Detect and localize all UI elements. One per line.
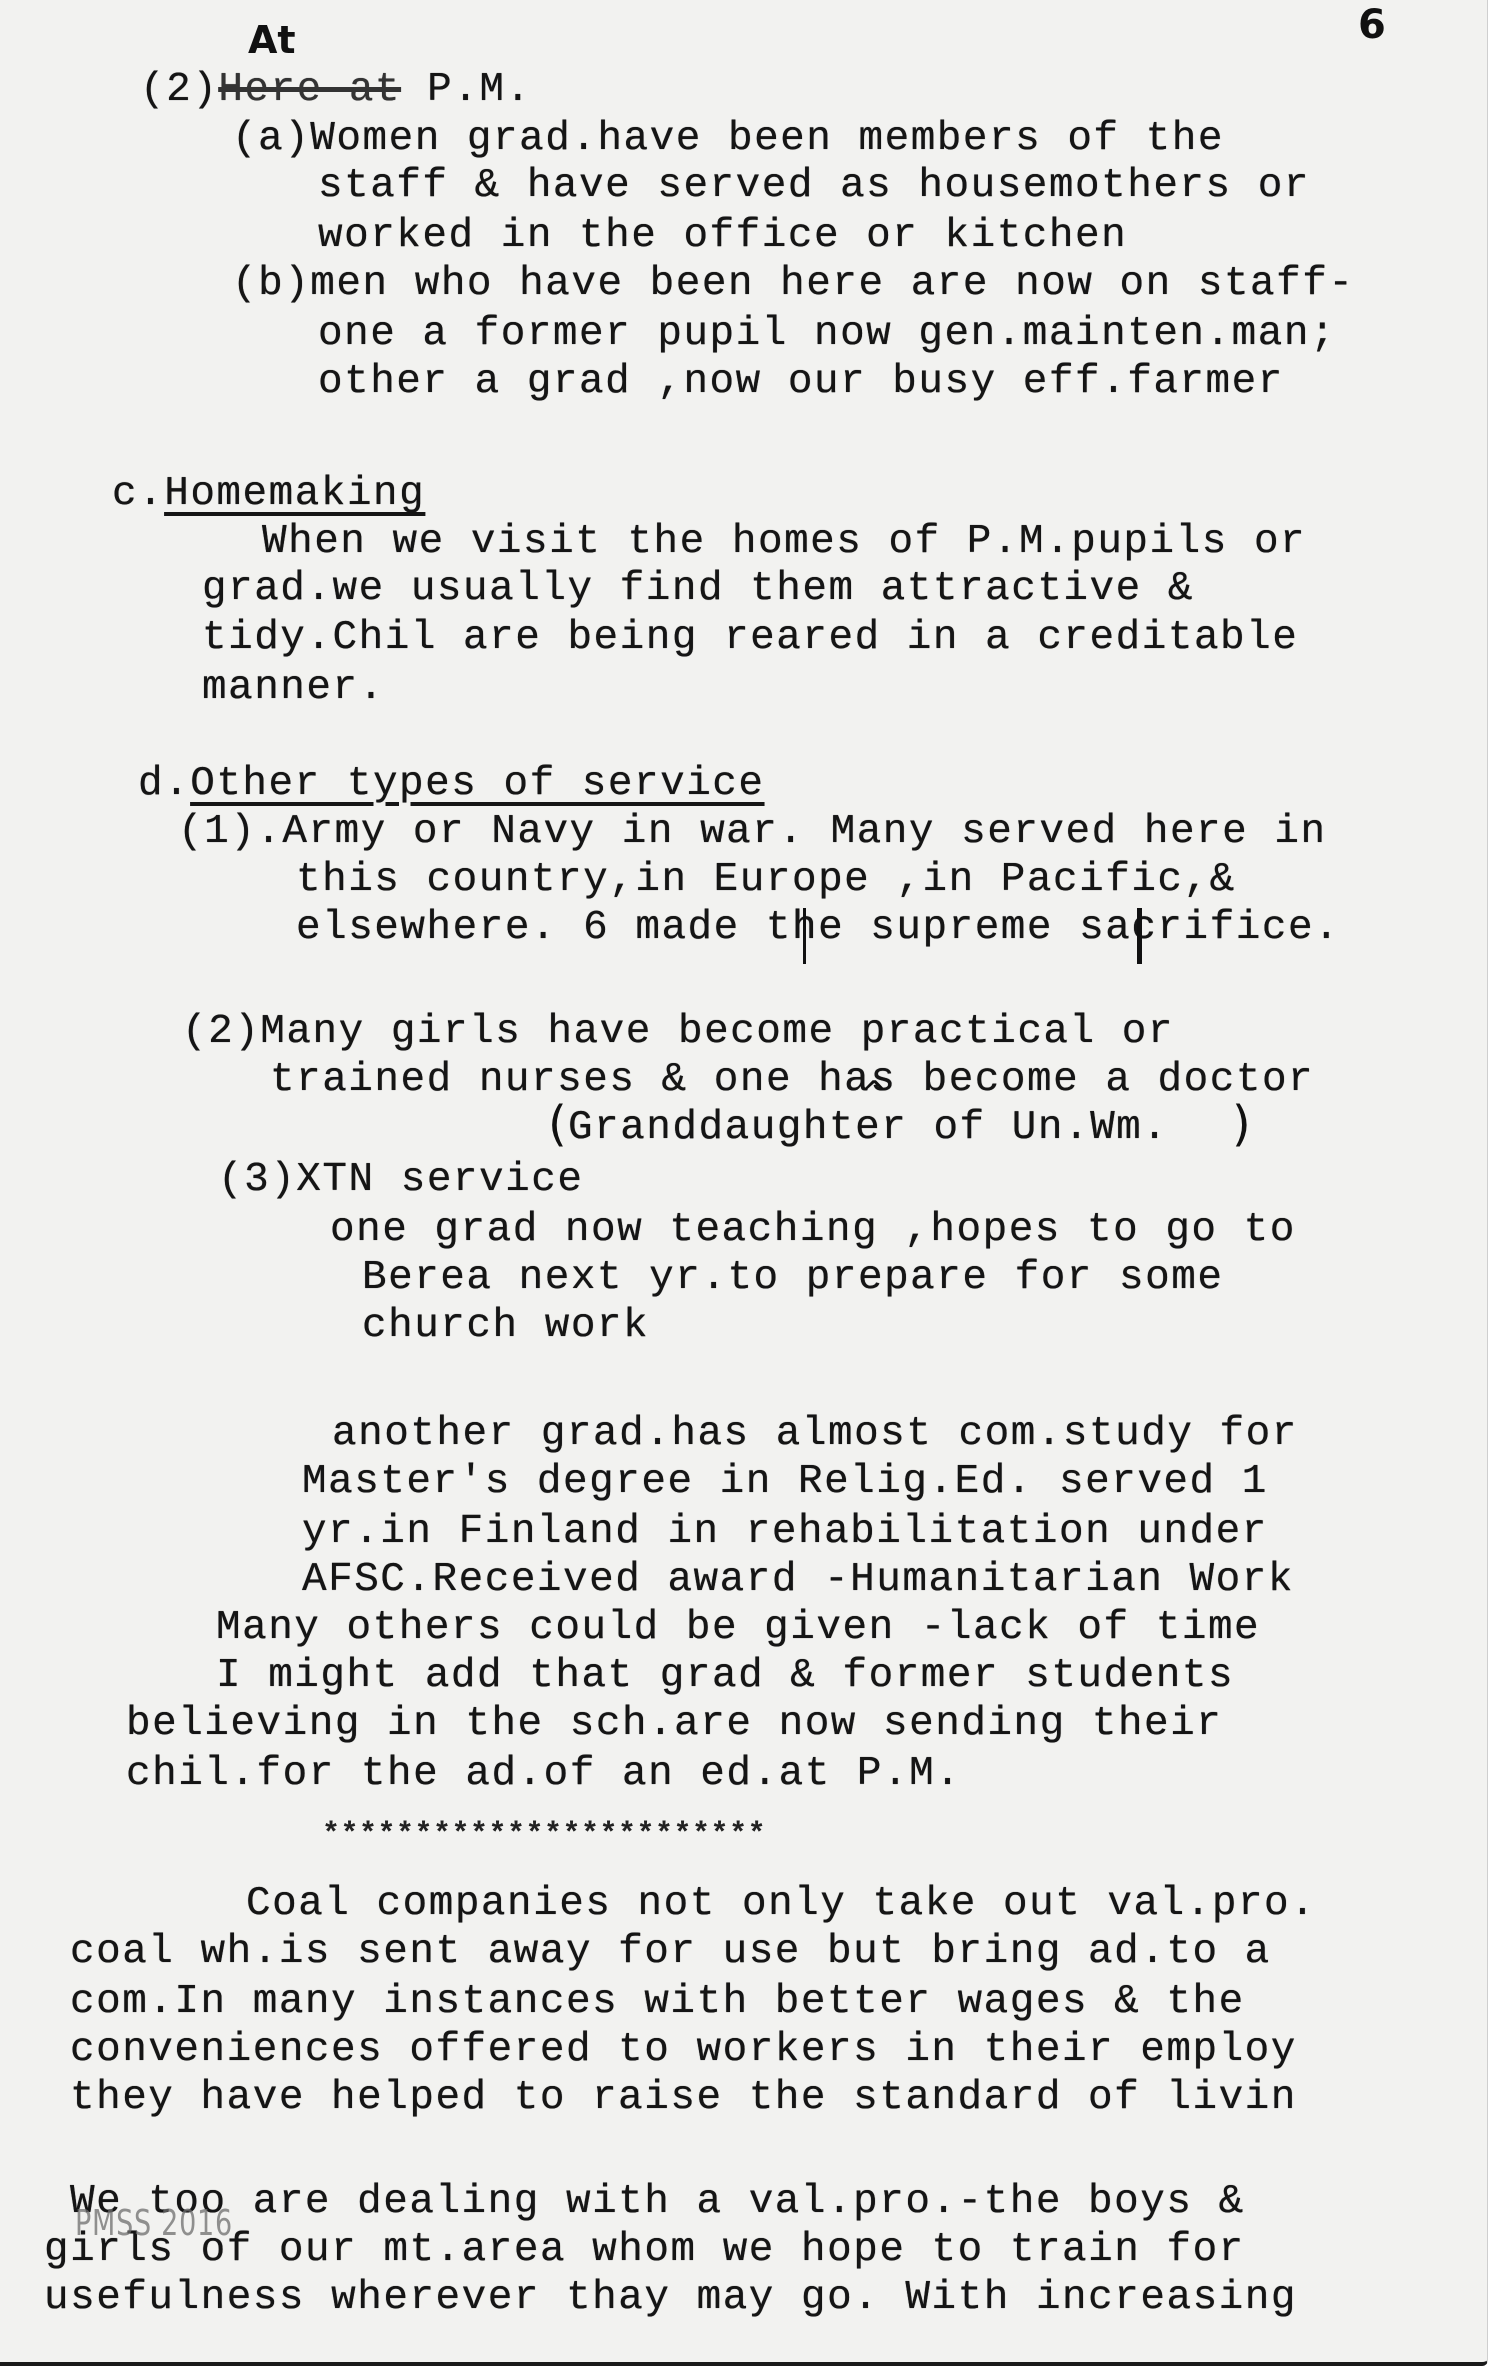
page-number: 6 <box>1358 2 1386 48</box>
text-line: Coal companies not only take out val.pro… <box>246 1880 1316 1928</box>
text-line: this country,in Europe ,in Pacific,& <box>296 856 1236 904</box>
text-line: (2)Many girls have become practical or <box>182 1008 1174 1056</box>
text-line: I might add that grad & former students <box>216 1652 1234 1700</box>
list-marker: d. <box>138 761 190 807</box>
heading-text: P.M. <box>401 67 532 113</box>
section-heading-d: d.Other types of service <box>138 760 765 808</box>
text-line: (b)men who have been here are now on sta… <box>232 260 1354 308</box>
text-line: chil.for the ad.of an ed.at P.M. <box>126 1750 961 1798</box>
text-line: worked in the office or kitchen <box>318 212 1127 260</box>
text-line: one grad now teaching ,hopes to go to <box>330 1206 1296 1254</box>
text-line: AFSC.Received award -Humanitarian Work <box>302 1556 1294 1604</box>
text-line: conveniences offered to workers in their… <box>70 2026 1297 2074</box>
heading-text: Homemaking <box>164 471 425 517</box>
text-line: manner. <box>202 664 385 712</box>
text-line: (a)Women grad.have been members of the <box>232 115 1224 163</box>
heading-text: Other types of service <box>190 761 764 807</box>
text-line: coal wh.is sent away for use but bring a… <box>70 1928 1271 1976</box>
struck-text: Here at <box>218 67 401 113</box>
list-marker: (2) <box>140 67 218 113</box>
list-marker: c. <box>112 471 164 517</box>
text-line: trained nurses & one has become a doctor <box>270 1056 1314 1104</box>
text-line: (3)XTN service <box>218 1156 583 1204</box>
text-line: another grad.has almost com.study for <box>332 1410 1298 1458</box>
editing-mark <box>803 908 806 964</box>
handwritten-insert-at: At <box>248 18 296 62</box>
typewritten-page: 6 At (2)Here at P.M. (a)Women grad.have … <box>0 0 1488 2366</box>
archive-watermark: PMSS 2016 <box>75 2203 233 2244</box>
text-line: Master's degree in Relig.Ed. served 1 <box>302 1458 1268 1506</box>
text-line: We too are dealing with a val.pro.-the b… <box>70 2178 1245 2226</box>
text-line: com.In many instances with better wages … <box>70 1978 1245 2026</box>
open-bracket: ( <box>548 1096 567 1152</box>
section-heading-c: c.Homemaking <box>112 470 425 518</box>
text-line: staff & have served as housemothers or <box>318 162 1310 210</box>
text-line: other a grad ,now our busy eff.farmer <box>318 358 1284 406</box>
section-heading-2: (2)Here at P.M. <box>140 66 532 114</box>
text-line: tidy.Chil are being reared in a creditab… <box>202 614 1298 662</box>
text-line: Berea next yr.to prepare for some <box>362 1254 1223 1302</box>
text-line: church work <box>362 1302 649 1350</box>
text-line: grad.we usually find them attractive & <box>202 565 1194 613</box>
text-line: Many others could be given -lack of time <box>216 1604 1260 1652</box>
text-line: elsewhere. 6 made the supreme sacrifice. <box>296 904 1340 952</box>
text-line: one a former pupil now gen.mainten.man; <box>318 310 1336 358</box>
text-line: believing in the sch.are now sending the… <box>126 1700 1222 1748</box>
text-line: usefulness wherever thay may go. With in… <box>44 2274 1297 2322</box>
text-line: When we visit the homes of P.M.pupils or <box>262 518 1306 566</box>
handwritten-note: Granddaughter of Un.Wm. <box>568 1104 1168 1152</box>
close-bracket: ) <box>1232 1096 1251 1152</box>
text-line: yr.in Finland in rehabilitation under <box>302 1508 1268 1556</box>
text-line: they have helped to raise the standard o… <box>70 2074 1297 2122</box>
section-divider: ************************ <box>322 1818 766 1852</box>
text-line: (1).Army or Navy in war. Many served her… <box>178 808 1327 856</box>
editing-mark <box>1137 908 1142 964</box>
